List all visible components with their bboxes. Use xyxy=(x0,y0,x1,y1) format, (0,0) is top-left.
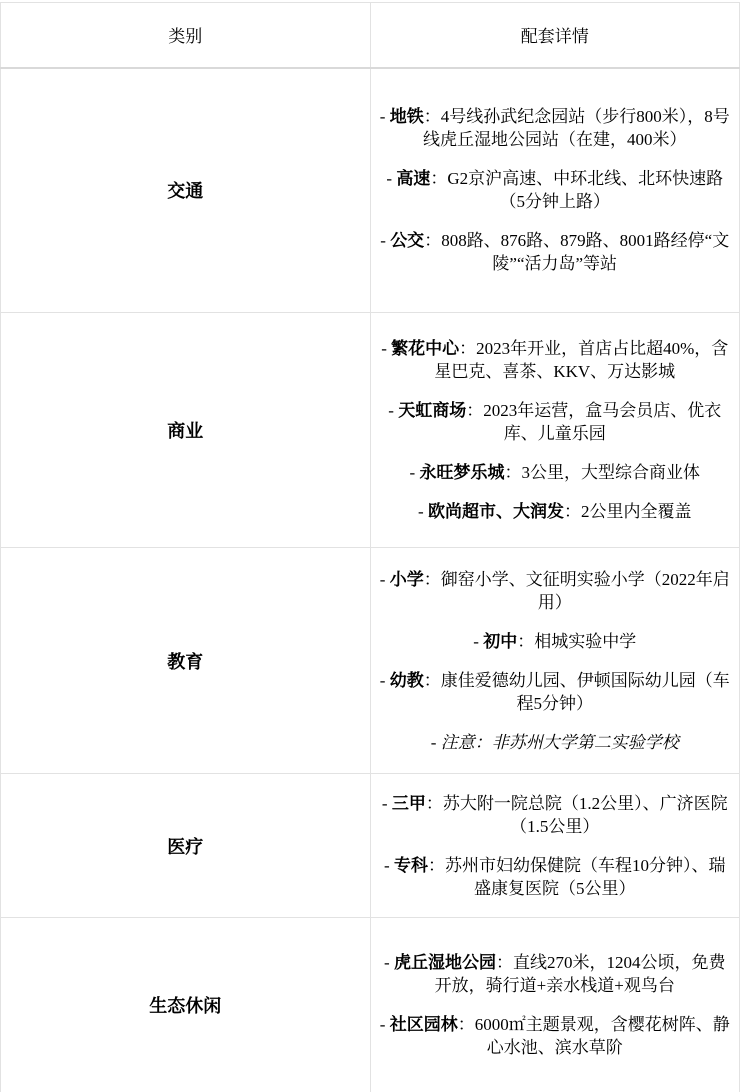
item-colon: ： xyxy=(517,632,534,651)
item-text: 康佳爱德幼儿园、伊顿国际幼儿园（车程5分钟） xyxy=(441,671,730,713)
bullet-dash: - xyxy=(380,1015,390,1034)
item-text: 2公里内全覆盖 xyxy=(581,502,692,521)
details-cell: - 繁花中心：2023年开业，首店占比超40%，含星巴克、喜茶、KKV、万达影城… xyxy=(370,313,740,548)
bullet-dash: - xyxy=(380,671,390,690)
item-text: 6000㎡主题景观，含樱花树阵、静心水池、滨水草阶 xyxy=(475,1015,730,1057)
bullet-dash: - xyxy=(418,502,428,521)
bullet-dash: - xyxy=(384,953,394,972)
item-text: 苏大附一院总院（1.2公里）、广济医院（1.5公里） xyxy=(443,794,728,836)
item-label: 永旺梦乐城 xyxy=(419,463,504,482)
item-text: 苏州市妇幼保健院（车程10分钟）、瑞盛康复医院（5公里） xyxy=(445,856,726,898)
item-colon: ： xyxy=(564,502,581,521)
table-row-eco-leisure: 生态休闲 - 虎丘湿地公园：直线270米，1204公顷，免费开放，骑行道+亲水栈… xyxy=(1,918,740,1092)
header-details: 配套详情 xyxy=(370,3,740,68)
category-label: 商业 xyxy=(167,421,203,441)
item-text: 御窑小学、文征明实验小学（2022年启用） xyxy=(441,570,730,612)
item-colon: ： xyxy=(424,231,441,250)
detail-item: - 三甲：苏大附一院总院（1.2公里）、广济医院（1.5公里） xyxy=(379,792,732,838)
table-row-commerce: 商业 - 繁花中心：2023年开业，首店占比超40%，含星巴克、喜茶、KKV、万… xyxy=(1,313,740,548)
category-label: 医疗 xyxy=(167,837,203,857)
detail-item: - 永旺梦乐城：3公里，大型综合商业体 xyxy=(379,461,732,484)
category-label: 教育 xyxy=(167,652,203,672)
header-row: 类别 配套详情 xyxy=(1,3,740,68)
item-colon: ： xyxy=(424,107,441,126)
item-label: 幼教 xyxy=(390,671,424,690)
table-row-transport: 交通 - 地铁：4号线孙武纪念园站（步行800米），8号线虎丘湿地公园站（在建，… xyxy=(1,68,740,313)
bullet-dash: - xyxy=(380,570,390,589)
bullet-dash: - xyxy=(410,463,420,482)
item-colon: ： xyxy=(475,733,492,752)
details-cell: - 虎丘湿地公园：直线270米，1204公顷，免费开放，骑行道+亲水栈道+观鸟台… xyxy=(370,918,740,1092)
item-label: 社区园林 xyxy=(390,1015,458,1034)
details-cell: - 地铁：4号线孙武纪念园站（步行800米），8号线虎丘湿地公园站（在建，400… xyxy=(370,68,740,313)
item-label: 繁花中心 xyxy=(391,339,459,358)
detail-item: - 地铁：4号线孙武纪念园站（步行800米），8号线虎丘湿地公园站（在建，400… xyxy=(379,105,732,151)
bullet-dash: - xyxy=(382,794,392,813)
bullet-dash: - xyxy=(386,169,396,188)
item-label: 专科 xyxy=(394,856,428,875)
item-text: 非苏州大学第二实验学校 xyxy=(492,733,679,752)
item-colon: ： xyxy=(496,953,513,972)
item-colon: ： xyxy=(426,794,443,813)
category-cell: 生态休闲 xyxy=(1,918,371,1092)
item-colon: ： xyxy=(430,169,447,188)
item-colon: ： xyxy=(458,1015,475,1034)
item-text: 808路、876路、879路、8001路经停“文陵”“活力岛”等站 xyxy=(441,231,729,273)
item-colon: ： xyxy=(424,671,441,690)
category-cell: 商业 xyxy=(1,313,371,548)
detail-item: - 初中：相城实验中学 xyxy=(379,630,732,653)
detail-item: - 小学：御窑小学、文征明实验小学（2022年启用） xyxy=(379,568,732,614)
detail-item: - 幼教：康佳爱德幼儿园、伊顿国际幼儿园（车程5分钟） xyxy=(379,669,732,715)
table-row-medical: 医疗 - 三甲：苏大附一院总院（1.2公里）、广济医院（1.5公里）- 专科：苏… xyxy=(1,774,740,918)
table-row-education: 教育 - 小学：御窑小学、文征明实验小学（2022年启用）- 初中：相城实验中学… xyxy=(1,548,740,774)
item-label: 欧尚超市、大润发 xyxy=(428,502,564,521)
detail-item: - 专科：苏州市妇幼保健院（车程10分钟）、瑞盛康复医院（5公里） xyxy=(379,854,732,900)
detail-item: - 繁花中心：2023年开业，首店占比超40%，含星巴克、喜茶、KKV、万达影城 xyxy=(379,337,732,383)
item-text: 2023年运营，盒马会员店、优衣库、儿童乐园 xyxy=(483,401,721,443)
detail-item: - 公交：808路、876路、879路、8001路经停“文陵”“活力岛”等站 xyxy=(379,229,732,275)
item-text: 4号线孙武纪念园站（步行800米），8号线虎丘湿地公园站（在建，400米） xyxy=(423,107,730,149)
item-text: 2023年开业，首店占比超40%，含星巴克、喜茶、KKV、万达影城 xyxy=(434,339,728,381)
item-colon: ： xyxy=(466,401,483,420)
bullet-dash: - xyxy=(380,231,390,250)
details-cell: - 小学：御窑小学、文征明实验小学（2022年启用）- 初中：相城实验中学- 幼… xyxy=(370,548,740,774)
item-text: G2京沪高速、中环北线、北环快速路（5分钟上路） xyxy=(447,169,723,211)
item-text: 相城实验中学 xyxy=(534,632,636,651)
detail-item: - 虎丘湿地公园：直线270米，1204公顷，免费开放，骑行道+亲水栈道+观鸟台 xyxy=(379,951,732,997)
item-colon: ： xyxy=(424,570,441,589)
category-label: 交通 xyxy=(167,181,203,201)
item-label: 小学 xyxy=(390,570,424,589)
item-colon: ： xyxy=(504,463,521,482)
category-label: 生态休闲 xyxy=(149,996,221,1016)
item-colon: ： xyxy=(428,856,445,875)
category-cell: 交通 xyxy=(1,68,371,313)
item-label: 高速 xyxy=(396,169,430,188)
bullet-dash: - xyxy=(388,401,398,420)
amenities-table: 类别 配套详情 交通 - 地铁：4号线孙武纪念园站（步行800米），8号线虎丘湿… xyxy=(0,2,740,1092)
bullet-dash: - xyxy=(380,107,390,126)
detail-item: - 注意：非苏州大学第二实验学校 xyxy=(379,731,732,754)
detail-item: - 高速：G2京沪高速、中环北线、北环快速路（5分钟上路） xyxy=(379,167,732,213)
bullet-dash: - xyxy=(473,632,483,651)
header-category: 类别 xyxy=(1,3,371,68)
item-label: 公交 xyxy=(390,231,424,250)
bullet-dash: - xyxy=(381,339,391,358)
category-cell: 医疗 xyxy=(1,774,371,918)
details-cell: - 三甲：苏大附一院总院（1.2公里）、广济医院（1.5公里）- 专科：苏州市妇… xyxy=(370,774,740,918)
item-colon: ： xyxy=(459,339,476,358)
item-label: 地铁 xyxy=(390,107,424,126)
detail-item: - 天虹商场：2023年运营，盒马会员店、优衣库、儿童乐园 xyxy=(379,399,732,445)
detail-item: - 欧尚超市、大润发：2公里内全覆盖 xyxy=(379,500,732,523)
bullet-dash: - xyxy=(384,856,394,875)
item-label: 初中 xyxy=(483,632,517,651)
category-cell: 教育 xyxy=(1,548,371,774)
detail-item: - 社区园林：6000㎡主题景观，含樱花树阵、静心水池、滨水草阶 xyxy=(379,1013,732,1059)
item-label: 注意 xyxy=(441,733,475,752)
item-label: 虎丘湿地公园 xyxy=(394,953,496,972)
bullet-dash: - xyxy=(431,733,441,752)
page: 类别 配套详情 交通 - 地铁：4号线孙武纪念园站（步行800米），8号线虎丘湿… xyxy=(0,0,740,1092)
item-label: 天虹商场 xyxy=(398,401,466,420)
item-text: 3公里，大型综合商业体 xyxy=(521,463,700,482)
item-label: 三甲 xyxy=(392,794,426,813)
